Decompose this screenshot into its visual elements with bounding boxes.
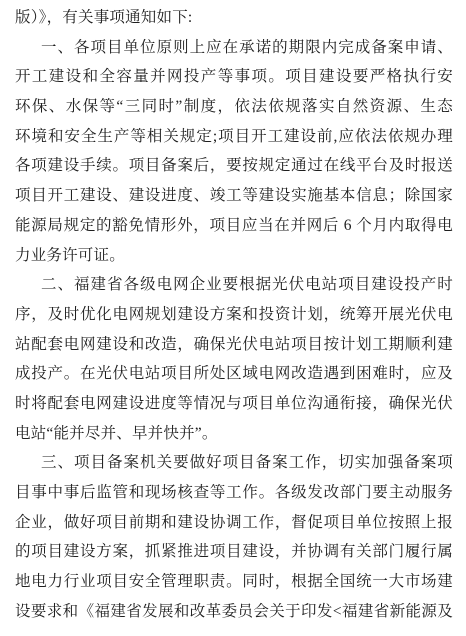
document-line: 版）》，有关事项通知如下: — [15, 3, 453, 33]
document-line: 时将配套电网建设进度等情况与项目单位沟通衔接，确保光伏 — [15, 389, 453, 419]
document-line: 力业务许可证。 — [15, 241, 453, 271]
document-line: 能源局规定的豁免情形外，项目应当在并网后 6 个月内取得电 — [15, 211, 453, 241]
document-line: 的项目建设方案，抓紧推进项目建设，并协调有关部门履行属 — [15, 537, 453, 567]
document-line: 二、福建省各级电网企业要根据光伏电站项目建设投产时 — [15, 270, 453, 300]
document-line: 企业，做好项目前期和建设协调工作，督促项目单位按照上报 — [15, 508, 453, 538]
document-page: 版）》，有关事项通知如下:一、各项目单位原则上应在承诺的期限内完成备案申请、开工… — [0, 0, 466, 636]
document-body: 版）》，有关事项通知如下:一、各项目单位原则上应在承诺的期限内完成备案申请、开工… — [15, 3, 453, 626]
document-line: 成投产。在光伏电站项目所处区域电网改造遇到困难时，应及 — [15, 359, 453, 389]
document-line: 环保、水保等“三同时”制度，依法依规落实自然资源、生态 — [15, 92, 453, 122]
document-line: 项目开工建设、建设进度、竣工等建设实施基本信息；除国家 — [15, 181, 453, 211]
document-line: 各项建设手续。项目备案后，要按规定通过在线平台及时报送 — [15, 151, 453, 181]
document-line: 设要求和《福建省发展和改革委员会关于印发<福建省新能源及 — [15, 597, 453, 627]
document-line: 一、各项目单位原则上应在承诺的期限内完成备案申请、 — [15, 33, 453, 63]
document-line: 序，及时优化电网规划建设方案和投资计划，统筹开展光伏电 — [15, 300, 453, 330]
document-line: 三、项目备案机关要做好项目备案工作，切实加强备案项 — [15, 448, 453, 478]
document-line: 开工建设和全容量并网投产等事项。项目建设要严格执行安全、 — [15, 62, 453, 92]
document-line: 目事中事后监管和现场核查等工作。各级发改部门要主动服务 — [15, 478, 453, 508]
document-line: 站配套电网建设和改造，确保光伏电站项目按计划工期顺利建 — [15, 330, 453, 360]
document-line: 地电力行业项目安全管理职责。同时，根据全国统一大市场建 — [15, 567, 453, 597]
document-line: 环境和安全生产等相关规定;项目开工建设前,应依法依规办理 — [15, 122, 453, 152]
document-line: 电站“能并尽并、早并快并”。 — [15, 419, 453, 449]
